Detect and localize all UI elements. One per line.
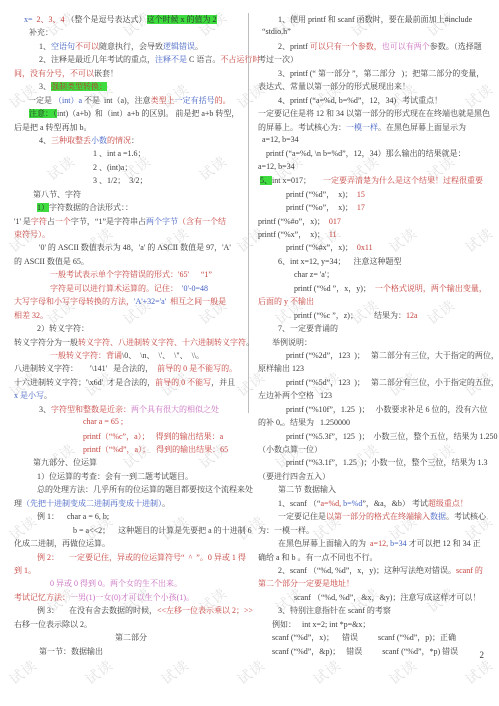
text-segment: 1）位运算的考查：会有一到二题考试题目。 bbox=[37, 472, 193, 481]
text-line: 原样输出 123 bbox=[258, 363, 496, 376]
text-line: 间，没有分号，不可以嵌套！ bbox=[14, 68, 248, 81]
text-line: printf (“%o”， x)； 17 bbox=[258, 202, 496, 215]
text-segment: 一个格式说明，两个输出变量， bbox=[375, 284, 487, 293]
text-segment: 总的处理方法：几乎所有的位运算的题目都要按这个流程来处 bbox=[37, 485, 253, 494]
text-segment: 前导的 0 是不能写的。 bbox=[157, 364, 237, 373]
page-number: 2 bbox=[460, 650, 484, 660]
text-segment: 两个具有很大的相似之处 bbox=[131, 405, 219, 414]
text-segment: 例 2： 一定要记住，异或的位运算符号“ ^ ”。0 异或 1 得 bbox=[37, 553, 246, 562]
text-segment: ”，&a，&b） 考试 bbox=[362, 499, 428, 508]
text-line: 到 1。 bbox=[14, 565, 248, 578]
text-line: 八进制转义字符： '\141' 是合法的， 前导的 0 是不能写的。 bbox=[14, 363, 248, 376]
text-segment: 2、scanf （“%d, %d”，x，y)；这种写法绝对错误。 bbox=[278, 566, 456, 575]
text-segment: 。 bbox=[195, 42, 203, 51]
text-segment: printf (“%d”， x)； bbox=[286, 190, 357, 199]
text-segment: 不占运行时 bbox=[220, 55, 260, 64]
text-line: 一定是 （int）a 不是 int（a)，注意类型上一定有括号的。 bbox=[14, 95, 248, 108]
text-line: 4、printf (“a=%d, b=%d”，12，34) 考试重点！ bbox=[258, 95, 496, 108]
text-line: 确给 a 和 b 。有一点不同也不行。 bbox=[258, 552, 496, 565]
text-segment: scanf (“%d”，x)； 错误 scanf (“%d”，p)；正确 bbox=[272, 633, 456, 642]
text-line: 3、printf (“ 第一部分 ”，第二部分 )；把第二部分的变量， bbox=[258, 68, 496, 81]
text-segment: 1 、int a =1.6； bbox=[93, 149, 146, 158]
text-line: 5、int x=017； 一定要弄清楚为什么是这个结果！过程很重要 bbox=[258, 175, 496, 188]
text-segment: 1） bbox=[37, 203, 49, 212]
text-line: scanf (“%d”，x)； 错误 scanf (“%d”，p)；正确 bbox=[258, 632, 496, 645]
text-segment: 一定有括号 bbox=[175, 96, 215, 105]
text-segment: 一定是 bbox=[28, 96, 54, 105]
text-line: 2、printf 可以只有一个参数，也可以有两个参数。（选择题 bbox=[258, 41, 496, 54]
text-segment: 后面的 y 不输出 bbox=[258, 297, 314, 306]
text-segment: 的屏幕上。考试核心为： bbox=[258, 123, 346, 132]
text-segment: \0、 \n、 \'、 \"、 \\。 bbox=[122, 351, 204, 360]
document-page: 试读试读试读试读试读试读试读试读试读试读试读试读试读试读试读试读试读试读试读试读… bbox=[0, 0, 499, 706]
text-segment: printf (“%5d”，123 )； 第二部分有三位，小于指定的五位， bbox=[286, 378, 499, 387]
text-line: x= 2、3、4 （整个是逗号表达式）这个时候 x 的值为 2 bbox=[14, 14, 248, 27]
text-segment: '0'-0=48 bbox=[182, 284, 208, 293]
text-segment: printf（“%d”，a）； 得到的输出结果：65 bbox=[83, 445, 228, 454]
text-segment: printf (“%#o”，x)； bbox=[258, 217, 329, 226]
text-segment: 的 ASCII 数值是 65。 bbox=[14, 257, 89, 266]
text-segment: 考过一次） bbox=[258, 55, 298, 64]
text-segment: 原样输出 123 bbox=[258, 364, 304, 373]
text-segment: ，并且 bbox=[211, 378, 235, 387]
text-line: 1）字符数据的合法形式：： bbox=[14, 202, 248, 215]
text-segment: b=34 bbox=[388, 539, 407, 548]
watermark-text: 试读 bbox=[309, 655, 345, 689]
text-line: 3 、1/2； 3/2； bbox=[14, 175, 248, 188]
text-segment: 。 bbox=[246, 338, 254, 347]
text-line: 考试记忆方法：一男(1)一女(0)才可以生个小孩(1)。 bbox=[14, 592, 248, 605]
text-segment: 第二节 数据输入 bbox=[278, 485, 336, 494]
text-line: 一定要记住是将 12 和 34 以第一部分的形式现在在终端也就是黑色 bbox=[258, 108, 496, 121]
text-line: printf (“%x”， x)； 11 bbox=[258, 229, 496, 242]
text-line: printf (“%3.1f”，1.25 )；小数一位，整个三位，结果为 1.3 bbox=[258, 457, 496, 470]
text-segment: 1、scanf （“ bbox=[278, 499, 320, 508]
text-segment: 以第一部分的格式在终端输入 bbox=[326, 512, 430, 521]
text-segment: 第二个部分一定要是地址！ bbox=[258, 579, 354, 588]
text-segment: 后是把 a 转型再加 b。 bbox=[14, 123, 92, 132]
text-segment: 例 1： char a = 6, b; bbox=[37, 512, 109, 521]
text-segment: 数据 bbox=[430, 512, 446, 521]
text-segment: 。 bbox=[44, 391, 52, 400]
text-line: printf（“%c”，a）； 得到的输出结果：a bbox=[14, 431, 248, 444]
right-column: 1、使用 printf 和 scanf 函数时，要在最前面加上#include“… bbox=[258, 14, 496, 659]
text-segment: 字符数据的合法形式：： bbox=[49, 203, 133, 212]
text-segment: 举例说明： bbox=[272, 338, 312, 347]
text-segment: '0' 的 ASCII 数值表示为 48，'a' 的 ASCII 数值是 97，… bbox=[39, 243, 231, 252]
text-segment: 两个字节 bbox=[146, 217, 178, 226]
text-segment: 4、printf (“a=%d, b=%d”，12，34) 考试重点！ bbox=[278, 96, 442, 105]
text-segment: 1、 bbox=[39, 42, 51, 51]
text-segment: 占 bbox=[47, 217, 55, 226]
text-segment: char z= 'a'； bbox=[294, 270, 334, 279]
text-segment: int)（a+b) 和（int）a+b 的区别。 前是把 a+b 转型， bbox=[57, 109, 239, 118]
text-segment: printf (“%3.1f”，1.25 )；小数一位，整个三位，结果为 1.3 bbox=[286, 458, 488, 467]
text-line: 1）位运算的考查：会有一到二题考试题目。 bbox=[14, 471, 248, 484]
watermark-text: 试读 bbox=[0, 151, 3, 185]
text-segment: a=12, b=34 bbox=[262, 135, 299, 144]
watermark-text: 试读 bbox=[81, 655, 117, 689]
watermark-text: 试读 bbox=[461, 655, 497, 689]
text-segment: 小数 bbox=[91, 136, 107, 145]
text-segment: 相差 32。 bbox=[14, 311, 48, 320]
text-line: “stdio.h” bbox=[258, 27, 496, 40]
text-segment: 注释不是 bbox=[155, 55, 187, 64]
text-segment: 理 bbox=[14, 499, 22, 508]
text-segment: 。在黑色屏幕上面显示为 bbox=[378, 123, 466, 132]
text-segment: 字符型和整数是近亲： bbox=[51, 405, 131, 414]
text-segment: 补充： bbox=[29, 28, 53, 37]
text-segment: 3、特别注意指针在 scanf 的考察 bbox=[278, 606, 391, 615]
text-segment: 右移一位表示除以 2。 bbox=[14, 620, 92, 629]
text-line: 化成二进制，再做位运算。 bbox=[14, 538, 248, 551]
text-line: 第二部分 bbox=[14, 632, 248, 645]
text-segment: （含有一个结 bbox=[178, 217, 226, 226]
text-line: 3、强制类型转换： bbox=[14, 81, 248, 94]
text-line: printf (“%5d”，123 )； 第二部分有三位，小于指定的五位， bbox=[258, 377, 496, 390]
text-segment: 17 bbox=[357, 203, 365, 212]
text-segment: 的情况 bbox=[107, 136, 131, 145]
text-line: 第二节 数据输入 bbox=[258, 484, 496, 497]
text-segment: printf (“%#x”，x)； bbox=[286, 243, 357, 252]
text-line: x 是小写。 bbox=[14, 390, 248, 403]
text-segment: 大写字母和小写字母转换的方法， bbox=[14, 297, 134, 306]
text-segment: printf (“%10f”，1.25 )； 小数要求补足 6 位的，没有六位 bbox=[286, 405, 488, 414]
text-segment: 空语句 bbox=[51, 42, 75, 51]
text-segment: 0x11 bbox=[357, 243, 373, 252]
text-segment: 参数。（选择题 bbox=[430, 42, 482, 51]
text-segment: 八进制转义字符： '\141' 是合法的， bbox=[14, 364, 157, 373]
text-segment: 11 bbox=[329, 230, 337, 239]
text-segment: x 是小写 bbox=[14, 391, 44, 400]
text-line: 十六进制转义字符；'\x6d' 才是合法的，前导的 0 不能写，并且 bbox=[14, 377, 248, 390]
text-segment: 不可以 bbox=[75, 42, 99, 51]
text-segment: 不是 int（a)，注意 bbox=[82, 96, 151, 105]
text-line: 1 、int a =1.6； bbox=[14, 148, 248, 161]
text-line: 相差 32。 bbox=[14, 310, 248, 323]
text-segment: 3、 bbox=[39, 405, 51, 414]
text-segment: 化成二进制，再做位运算。 bbox=[14, 539, 110, 548]
text-segment: 表达式、常量以第一部分的形式展现出来！ bbox=[258, 82, 410, 91]
text-line: 一般考试表示单个字符错误的形式：'65' “1” bbox=[14, 269, 248, 282]
text-segment: 2、printf bbox=[278, 42, 310, 51]
text-line: 注意：（int)（a+b) 和（int）a+b 的区别。 前是把 a+b 转型， bbox=[14, 108, 248, 121]
text-line: printf (“%10f”，1.25 )； 小数要求补足 6 位的，没有六位 bbox=[258, 404, 496, 417]
text-segment: 2 、(int)a； bbox=[93, 163, 132, 172]
text-line: 总的处理方法：几乎所有的位运算的题目都要按这个流程来处 bbox=[14, 484, 248, 497]
text-line: '1' 是字符占一个字节，“1”是字符串占两个字节（含有一个结 bbox=[14, 216, 248, 229]
text-segment: b=%d bbox=[341, 499, 362, 508]
text-line: 3、特别注意指针在 scanf 的考察 bbox=[258, 605, 496, 618]
text-segment: C 语言。 bbox=[187, 55, 220, 64]
text-segment: 5、 bbox=[260, 176, 272, 185]
text-line: 0 异或 0 得到 0。两个女的生不出来。 bbox=[14, 578, 248, 591]
text-line: 表达式、常量以第一部分的形式展现出来！ bbox=[258, 81, 496, 94]
text-line: 7、一定要背诵的 bbox=[258, 323, 496, 336]
text-line: 2、scanf （“%d, %d”，x，y)；这种写法绝对错误。scanf 的 bbox=[258, 565, 496, 578]
text-line: 一定要记住是以第一部分的格式在终端输入数据。考试核心 bbox=[258, 511, 496, 524]
text-segment: 字符 bbox=[31, 217, 47, 226]
watermark-text: 试读 bbox=[385, 655, 421, 689]
text-segment: a=12, b=34 bbox=[258, 162, 295, 171]
text-line: printf (“%d ”，x，y)； 一个格式说明，两个输出变量， bbox=[258, 283, 496, 296]
text-segment: （整个是逗号表达式） bbox=[67, 15, 147, 24]
watermark-text: 试读 bbox=[0, 295, 3, 329]
text-segment: （要进行四舍五入） bbox=[258, 472, 330, 481]
text-segment: <<左移一位表示乘以 2；>> bbox=[157, 606, 253, 615]
watermark-text: 试读 bbox=[0, 583, 3, 617]
text-segment: 6、int x=12, y=34； 注意这种题型 bbox=[278, 257, 401, 266]
text-line: 例 3： 在没有舍去数据的时候，<<左移一位表示乘以 2；>> bbox=[14, 605, 248, 618]
text-line: 2）转义字符： bbox=[14, 323, 248, 336]
text-segment: 随意执行，会导致 bbox=[99, 42, 163, 51]
text-segment: （先把十进制变成二进制再变成十进制） bbox=[22, 499, 162, 508]
text-line: 右移一位表示除以 2。 bbox=[14, 619, 248, 632]
text-line: 的屏幕上。考试核心为：一模一样。在黑色屏幕上面显示为 bbox=[258, 122, 496, 135]
text-line: 例 1： char a = 6, b; bbox=[14, 511, 248, 524]
text-segment: 才可以把 12 和 34 正 bbox=[407, 539, 481, 548]
text-segment: 一模一样 bbox=[346, 123, 378, 132]
text-segment: printf (“%d ”，x，y)； bbox=[294, 284, 375, 293]
text-line: a=12, b=34 bbox=[258, 162, 496, 175]
text-line: printf (“a=%d, \n b=%d”，12，34）那么输出的结果就是： bbox=[258, 148, 496, 161]
text-segment: 类型上 bbox=[151, 96, 175, 105]
text-segment: 3、printf (“ 第一部分 ”，第二部分 )；把第二部分的变量， bbox=[278, 69, 484, 78]
text-segment: 'A'+32='a' bbox=[134, 297, 166, 306]
text-line: 的 ASCII 数值是 65。 bbox=[14, 256, 248, 269]
text-line: 理（先把十进制变成二进制再变成十进制）。 bbox=[14, 498, 248, 511]
text-line: '0' 的 ASCII 数值表示为 48，'a' 的 ASCII 数值是 97，… bbox=[14, 242, 248, 255]
watermark-text: 试读 bbox=[5, 655, 41, 689]
text-line: b = a<<2； 这种题目的计算是先要把 a 的十进制 6 bbox=[14, 525, 248, 538]
text-segment: a=12, bbox=[370, 539, 388, 548]
text-segment: 一定要记住是 bbox=[278, 512, 326, 521]
text-segment: 转义字符、八进制转义字符、十六进制转义字符 bbox=[78, 338, 246, 347]
text-segment: 一个 bbox=[55, 217, 71, 226]
text-segment: 一般转义字符：背诵 bbox=[50, 351, 122, 360]
text-segment: 12a bbox=[406, 311, 418, 320]
watermark-text: 试读 bbox=[0, 439, 3, 473]
watermark-text: 试读 bbox=[233, 655, 269, 689]
text-segment: 。考试核心 bbox=[446, 512, 486, 521]
text-segment: 为：一模一样。 bbox=[258, 526, 314, 535]
text-segment: 字符是可以进行算术运算的。记住： bbox=[50, 284, 182, 293]
text-line: 第二个部分一定要是地址！ bbox=[258, 578, 496, 591]
text-line: printf (“%d”， x)； 15 bbox=[258, 189, 496, 202]
text-line: 转义字符分为一般转义字符、八进制转义字符、十六进制转义字符。 bbox=[14, 337, 248, 350]
text-line: 为：一模一样。 bbox=[258, 525, 496, 538]
text-segment: “stdio.h” bbox=[262, 27, 291, 36]
text-segment: int x=017； bbox=[272, 176, 323, 185]
text-segment: 也可以有两个 bbox=[382, 42, 430, 51]
text-segment: 十六进制转义字符；'\x6d' 才是合法的， bbox=[14, 378, 155, 387]
text-line: 1、使用 printf 和 scanf 函数时，要在最前面加上#include bbox=[258, 14, 496, 27]
text-segment: 确给 a 和 b 。有一点不同也不行。 bbox=[258, 553, 378, 562]
text-line: 束符号）。 bbox=[14, 229, 248, 242]
text-segment: 字节， bbox=[71, 217, 95, 226]
text-line: 在黑色屏幕上面输入的为 a=12, b=34 才可以把 12 和 34 正 bbox=[258, 538, 496, 551]
text-segment: 间，没有分号，不可以 bbox=[14, 69, 94, 78]
text-segment: 0 异或 0 得到 0。两个女的生不出来。 bbox=[50, 579, 182, 588]
text-segment: 第九部分、位运算 bbox=[33, 458, 97, 467]
text-line: char a = 65 ; bbox=[14, 417, 248, 430]
text-line: 考过一次） bbox=[258, 54, 496, 67]
text-line: 左边补两个空格 123 bbox=[258, 390, 496, 403]
text-segment: 逻辑错误 bbox=[163, 42, 195, 51]
text-segment: printf (“%c ”，z)； 结果为： bbox=[294, 311, 406, 320]
text-line: （要进行四舍五入） bbox=[258, 471, 496, 484]
text-segment: 2、注释是最近几年考试的重点， bbox=[39, 55, 155, 64]
watermark-text: 试读 bbox=[0, 7, 3, 41]
text-segment: 在黑色屏幕上面输入的为 bbox=[278, 539, 370, 548]
text-line: 举例说明： bbox=[258, 337, 496, 350]
text-line: 第一节：数据输出 bbox=[14, 646, 248, 659]
text-segment: 2）转义字符： bbox=[37, 324, 89, 333]
text-segment: 第一节：数据输出 bbox=[39, 647, 103, 656]
text-segment: 转义字符分为一般 bbox=[14, 338, 78, 347]
text-line: printf (“%2d”，123 )； 第二部分有三位，大于指定的两位， bbox=[258, 350, 496, 363]
text-line: 补充： bbox=[14, 27, 248, 40]
text-line: 例 2： 一定要记住，异或的位运算符号“ ^ ”。0 异或 1 得 bbox=[14, 552, 248, 565]
text-segment: 三种取整丢 bbox=[51, 136, 91, 145]
text-line: 1、空语句不可以随意执行，会导致逻辑错误。 bbox=[14, 41, 248, 54]
text-segment: scanf 的 bbox=[456, 566, 483, 575]
text-segment: 到 1。 bbox=[14, 566, 36, 575]
text-segment: printf（“%c”，a）； 得到的输出结果：a bbox=[83, 432, 223, 441]
text-line: 2、注释是最近几年考试的重点，注释不是 C 语言。不占运行时 bbox=[14, 54, 248, 67]
text-line: 6、int x=12, y=34； 注意这种题型 bbox=[258, 256, 496, 269]
text-segment: ： bbox=[131, 136, 139, 145]
text-segment: 一定要弄清楚为什么是这个结果！过程很重要 bbox=[323, 176, 483, 185]
text-segment: 的补 0,。结果为 1.250000 bbox=[258, 418, 350, 427]
text-segment: 一定要记住是将 12 和 34 以第一部分的形式现在在终端也就是黑色 bbox=[258, 109, 490, 118]
text-segment: 第八节、字符 bbox=[33, 190, 81, 199]
text-segment: 束符号）。 bbox=[14, 230, 50, 239]
text-segment: “1”是字符串占 bbox=[95, 217, 146, 226]
text-segment: 考试记忆方法： bbox=[14, 593, 70, 602]
left-column: x= 2、3、4 （整个是逗号表达式）这个时候 x 的值为 2补充：1、空语句不… bbox=[14, 14, 248, 659]
text-segment: 3 、1/2； 3/2； bbox=[93, 176, 147, 185]
text-segment: 3、 bbox=[39, 82, 51, 91]
text-segment: 嵌套！ bbox=[94, 69, 118, 78]
text-line: printf (“%5.3f”，125 )； 小数三位，整个五位，结果为 1.2… bbox=[258, 431, 496, 444]
text-segment: （int）a bbox=[54, 96, 82, 105]
text-segment: 注意：（ bbox=[29, 109, 57, 118]
text-segment: 例 3： 在没有舍去数据的时候， bbox=[37, 606, 157, 615]
text-segment: printf (“%2d”，123 )； 第二部分有三位，大于指定的两位， bbox=[286, 351, 499, 360]
text-segment: char a = 65 ; bbox=[83, 417, 123, 426]
text-line: 的补 0,。结果为 1.250000 bbox=[258, 417, 496, 430]
text-line: 大写字母和小写字母转换的方法，'A'+32='a' 相互之间一般是 bbox=[14, 296, 248, 309]
column-divider bbox=[248, 13, 249, 413]
text-segment: '1' 是 bbox=[14, 217, 31, 226]
text-segment: 超级重点！ bbox=[428, 499, 468, 508]
text-segment: 前导的 0 不能写 bbox=[155, 378, 211, 387]
text-segment: 。 bbox=[162, 499, 170, 508]
text-segment: 15 bbox=[357, 190, 365, 199]
text-line: 例如： int x=2; int *p=&x； bbox=[258, 619, 496, 632]
text-line: printf（“%d”，a）； 得到的输出结果：65 bbox=[14, 444, 248, 457]
text-segment: （小数点算一位） bbox=[258, 445, 322, 454]
text-line: 3、字符型和整数是近亲：两个具有很大的相似之处 bbox=[14, 404, 248, 417]
text-segment: 例如： int x=2; int *p=&x； bbox=[272, 620, 370, 629]
text-line: 第八节、字符 bbox=[14, 189, 248, 202]
text-line: 一般转义字符：背诵\0、 \n、 \'、 \"、 \\。 bbox=[14, 350, 248, 363]
text-segment: 的。 bbox=[215, 96, 231, 105]
text-line: printf (“%#x”，x)； 0x11 bbox=[258, 242, 496, 255]
text-line: 后面的 y 不输出 bbox=[258, 296, 496, 309]
text-segment: 可以只有一个参数， bbox=[310, 42, 382, 51]
text-line: 字符是可以进行算术运算的。记住： '0'-0=48 bbox=[14, 283, 248, 296]
text-segment: x= bbox=[24, 15, 37, 24]
text-segment: 2、3、4 bbox=[37, 15, 67, 24]
text-segment: 强制类型转换： bbox=[51, 82, 107, 91]
text-line: a=12, b=34 bbox=[258, 135, 496, 148]
text-segment: 相互之间一般是 bbox=[166, 297, 226, 306]
text-segment: 7、一定要背诵的 bbox=[278, 324, 338, 333]
text-segment: printf (“%o”， x)； bbox=[286, 203, 357, 212]
text-segment: printf (“%5.3f”，125 )； 小数三位，整个五位，结果为 1.2… bbox=[286, 432, 498, 441]
text-segment: 一男(1)一女(0)才可以生个小孩(1)。 bbox=[70, 593, 194, 602]
text-line: char z= 'a'； bbox=[258, 269, 496, 282]
text-segment: 1、使用 printf 和 scanf 函数时，要在最前面加上#include bbox=[278, 15, 472, 24]
text-segment: 这个时候 x 的值为 2 bbox=[147, 15, 217, 24]
text-segment: a=%d, bbox=[320, 499, 341, 508]
text-line: 后是把 a 转型再加 b。 bbox=[14, 122, 248, 135]
text-line: printf (“%#o”，x)； 017 bbox=[258, 216, 496, 229]
text-line: printf (“%c ”，z)； 结果为：12a bbox=[258, 310, 496, 323]
text-segment: 4、 bbox=[39, 136, 51, 145]
text-line: 4、三种取整丢小数的情况： bbox=[14, 135, 248, 148]
text-segment: printf (“%x”， x)； bbox=[258, 230, 329, 239]
text-segment: scanf （“%d, %d”，&x，&y)；注意写成这样才可以！ bbox=[294, 593, 480, 602]
text-segment: 017 bbox=[329, 217, 341, 226]
text-segment: printf (“a=%d, \n b=%d”，12，34）那么输出的结果就是： bbox=[266, 149, 466, 158]
text-line: 第九部分、位运算 bbox=[14, 457, 248, 470]
text-line: 1、scanf （“a=%d, b=%d”，&a，&b） 考试超级重点！ bbox=[258, 498, 496, 511]
text-segment: b = a<<2； 这种题目的计算是先要把 a 的十进制 6 bbox=[73, 526, 252, 535]
text-segment: 左边补两个空格 123 bbox=[258, 391, 332, 400]
watermark-text: 试读 bbox=[157, 655, 193, 689]
text-segment: 一般考试表示单个字符错误的形式：'65' “1” bbox=[50, 270, 212, 279]
text-line: 2 、(int)a； bbox=[14, 162, 248, 175]
text-line: scanf （“%d, %d”，&x，&y)；注意写成这样才可以！ bbox=[258, 592, 496, 605]
text-segment: scanf (“%d”，&p)； 错误 scanf (“%d”，*p) 错误 bbox=[272, 647, 458, 656]
text-line: （小数点算一位） bbox=[258, 444, 496, 457]
text-segment: 第二部分 bbox=[115, 633, 147, 642]
